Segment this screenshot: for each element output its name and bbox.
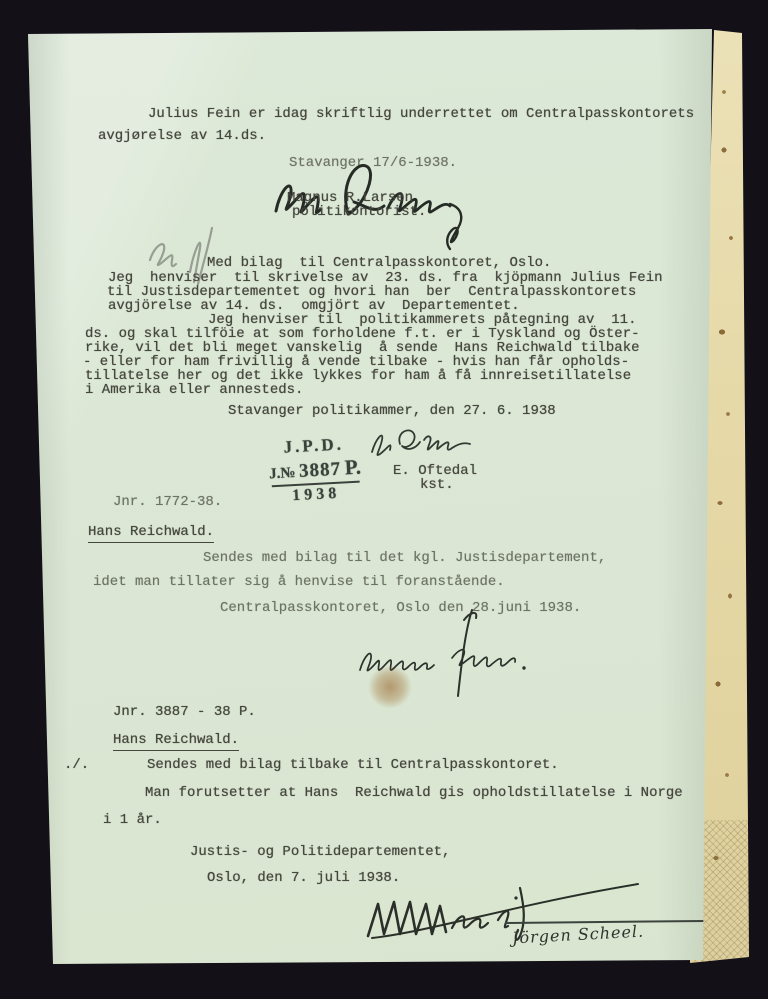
memo-heading: Med bilag til Centralpasskontoret, Oslo.: [207, 256, 551, 270]
memo-para2-line2: rike, vil det bli meget vanskelig å send…: [85, 341, 640, 355]
letter-page: Julius Fein er idag skriftlig underrette…: [0, 0, 768, 999]
forwarding2-line3: i 1 år.: [103, 813, 162, 827]
memo-para1-line3: avgjörelse av 14. ds. omgjört av Departe…: [108, 299, 520, 313]
memo-para1-line1: Jeg henviser til skrivelse av 23. ds. fr…: [108, 271, 663, 285]
forwarding1-line2: idet man tillater sig å henvise til fora…: [93, 575, 505, 589]
forwarding1-line1: Sendes med bilag til det kgl. Justisdepa…: [203, 551, 606, 565]
archive-photo-background: Julius Fein er idag skriftlig underrette…: [0, 0, 768, 999]
signature-scrawl: [348, 874, 648, 956]
signature-oftedal: [366, 424, 476, 464]
dateline-politikammer: Stavanger politikammer, den 27. 6. 1938: [228, 404, 556, 418]
subject-name-1-text: Hans Reichwald.: [88, 524, 214, 543]
stamp-journal-number: J.№ 3887 P.: [249, 454, 380, 486]
forwarding2-line2: Man forutsetter at Hans Reichwald gis op…: [145, 786, 683, 800]
forwarding2-line1: Sendes med bilag tilbake til Centralpass…: [147, 758, 559, 772]
journal-stamp: J.P.D. J.№ 3887 P. 1938: [248, 433, 381, 508]
memo-para1-line2: til Justisdepartementet og hvori han ber…: [107, 285, 636, 299]
memo-para2-first: Jeg henviser til politikammerets påtegni…: [208, 313, 636, 327]
typed-name-larsen: Magnus R.Larsen: [287, 191, 413, 205]
stamp-jnr-prefix: J.№: [269, 465, 296, 482]
note-line-1: Julius Fein er idag skriftlig underrette…: [148, 107, 694, 121]
subject-name-1: Hans Reichwald.: [88, 525, 214, 539]
subject-name-2-text: Hans Reichwald.: [113, 732, 239, 751]
memo-para2-line1: ds. og skal tilföie at som forholdene f.…: [85, 327, 640, 341]
note-line-2: avgjørelse av 14.ds.: [98, 129, 266, 143]
typed-title-larsen: politikontorist.: [292, 205, 426, 219]
memo-para2-line5: i Amerika eller annesteds.: [85, 383, 303, 397]
journal-number-1: Jnr. 1772-38.: [113, 495, 222, 509]
subject-name-2: Hans Reichwald.: [113, 733, 239, 747]
office-name: Justis- og Politidepartementet,: [190, 845, 450, 859]
memo-para2-line4: tillatelse her og det ikke lykkes for ha…: [85, 369, 631, 383]
journal-number-2: Jnr. 3887 - 38 P.: [113, 705, 256, 719]
memo-para2-line3: - eller for ham frivillig å vende tilbak…: [83, 355, 629, 369]
typed-name-oftedal: E. Oftedal: [393, 464, 477, 478]
stamp-jnr-number: 3887: [299, 459, 342, 482]
ink-stain: [368, 666, 412, 708]
typed-title-oftedal: kst.: [420, 478, 454, 492]
stamp-year: 1938: [251, 483, 382, 508]
enclosure-margin-mark: ./.: [64, 758, 89, 772]
stamp-jnr-suffix: P.: [344, 455, 361, 480]
